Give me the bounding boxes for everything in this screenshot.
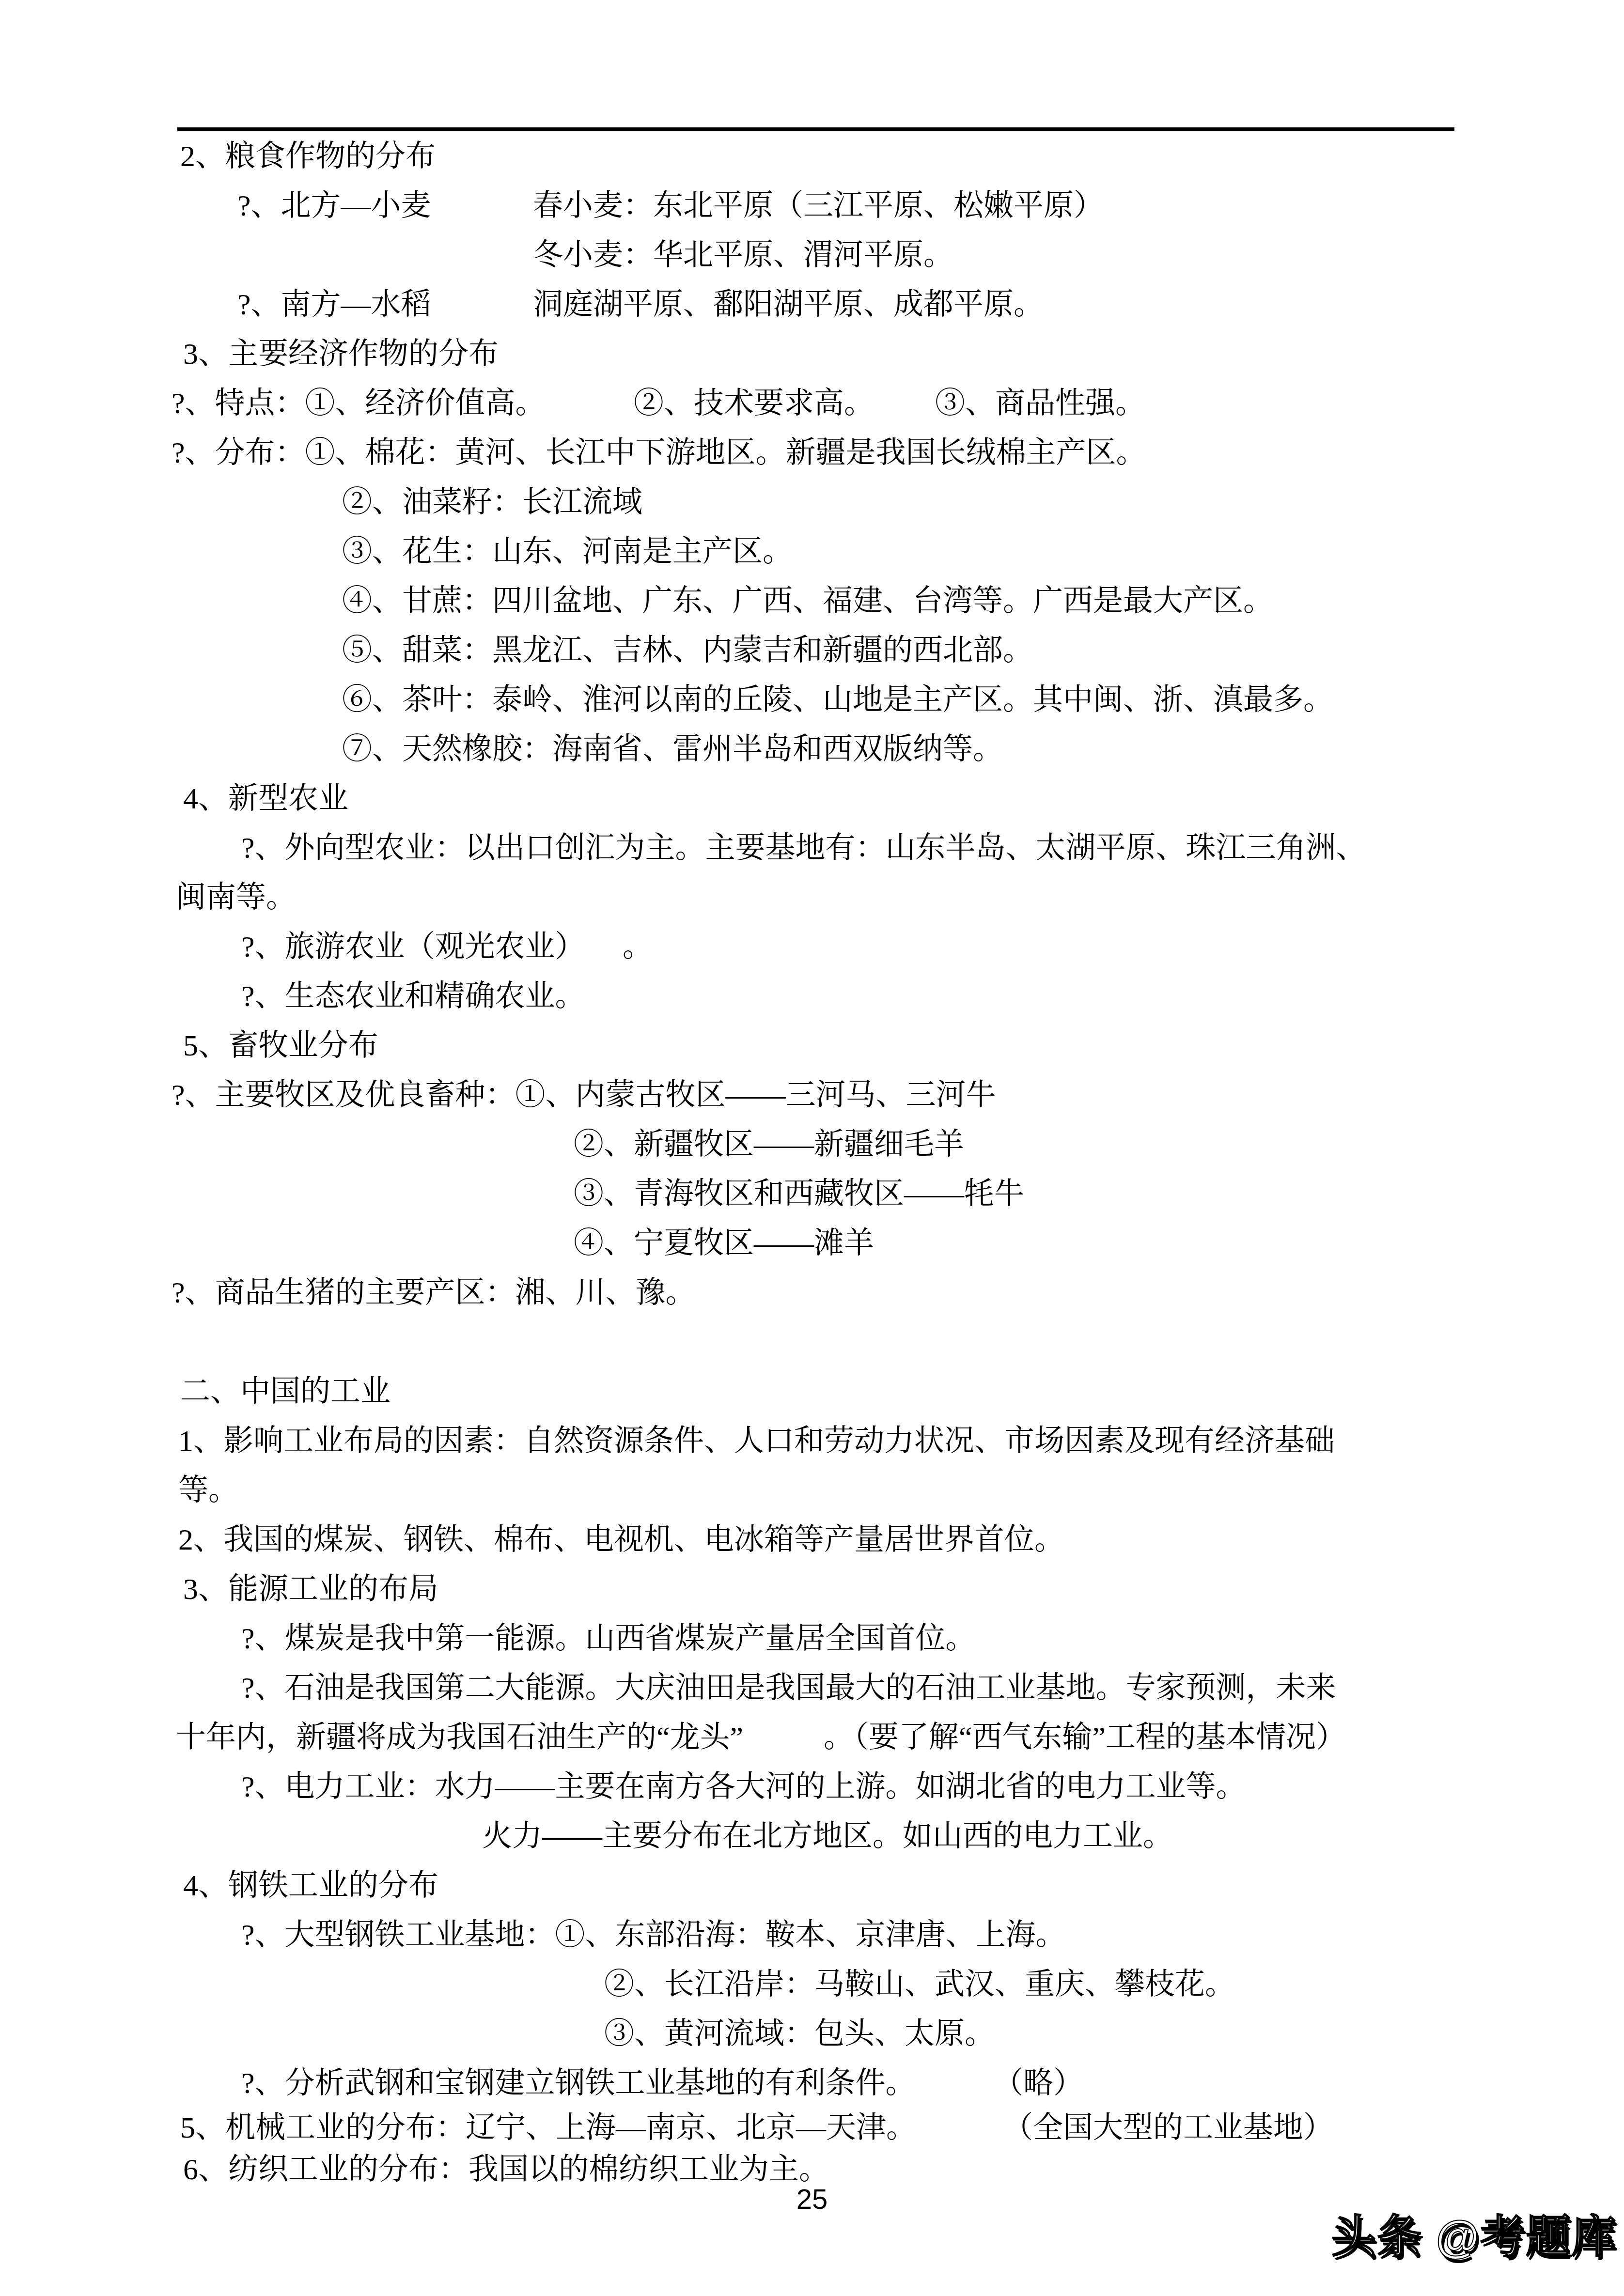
text-line-segment: ⑥、茶叶：泰岭、淮河以南的丘陵、山地是主产区。其中闽、浙、滇最多。 (342, 684, 1333, 716)
text-line-segment: （略） (993, 2067, 1083, 2099)
text-line-segment: ③、黄河流域：包头、太原。 (604, 2018, 995, 2050)
page-number: 25 (0, 2186, 1624, 2214)
text-line-segment: ?、旅游农业（观光农业） (241, 931, 585, 963)
text-line-segment: ④、甘蔗：四川盆地、广东、广西、福建、台湾等。广西是最大产区。 (342, 585, 1273, 617)
text-line-segment: 2、粮食作物的分布 (180, 140, 436, 172)
text-line-segment: ②、技术要求高。 (634, 388, 874, 419)
text-line-segment: ?、南方—水稻 (237, 289, 431, 321)
header-rule-line (177, 127, 1454, 131)
text-line-segment: ?、主要牧区及优良畜种：①、内蒙古牧区——三河马、三河牛 (172, 1079, 996, 1111)
text-line-segment: ⑤、甜菜：黑龙江、吉林、内蒙吉和新疆的西北部。 (342, 635, 1033, 667)
text-line-segment: 5、机械工业的分布：辽宁、上海—南京、北京—天津。 (180, 2112, 916, 2144)
text-line-segment: ?、外向型农业：以出口创汇为主。主要基地有：山东半岛、太湖平原、珠江三角洲、 (241, 832, 1366, 864)
text-line-segment: ?、电力工业：水力——主要在南方各大河的上游。如湖北省的电力工业等。 (241, 1771, 1246, 1803)
text-line-segment: 4、新型农业 (183, 783, 348, 815)
text-line-segment: 6、纺织工业的分布：我国以的棉纺织工业为主。 (183, 2154, 829, 2186)
text-line-segment: ?、石油是我国第二大能源。大庆油田是我国最大的石油工业基地。专家预测，未来 (241, 1672, 1336, 1704)
text-line-segment: 4、钢铁工业的分布 (183, 1870, 438, 1902)
text-line-segment: 1、影响工业布局的因素：自然资源条件、人口和劳动力状况、市场因素及现有经济基础 (178, 1425, 1335, 1457)
text-line-segment: 。（要了解“西气东输”工程的基本情况） (824, 1722, 1346, 1753)
text-line-segment: 春小麦：东北平原（三江平原、松嫩平原） (533, 190, 1104, 222)
text-line-segment: 5、畜牧业分布 (183, 1030, 378, 1062)
text-line-segment: ⑦、天然橡胶：海南省、雷州半岛和西双版纳等。 (342, 733, 1003, 765)
document-page: 2、粮食作物的分布?、北方—小麦春小麦：东北平原（三江平原、松嫩平原）冬小麦：华… (0, 0, 1624, 2296)
text-line-segment: ②、新疆牧区——新疆细毛羊 (574, 1129, 964, 1161)
text-line-segment: ③、青海牧区和西藏牧区——牦牛 (574, 1178, 1024, 1210)
text-line-segment: ②、长江沿岸：马鞍山、武汉、重庆、攀枝花。 (604, 1969, 1235, 2001)
text-line-segment: 2、我国的煤炭、钢铁、棉布、电视机、电冰箱等产量居世界首位。 (178, 1524, 1064, 1556)
text-line-segment: 冬小麦：华北平原、渭河平原。 (533, 239, 953, 271)
text-line-segment: ?、生态农业和精确农业。 (241, 980, 585, 1012)
text-line-segment: 火力——主要分布在北方地区。如山西的电力工业。 (482, 1820, 1173, 1852)
text-line-segment: ?、特点：①、经济价值高。 (172, 388, 546, 419)
text-line-segment: ④、宁夏牧区——滩羊 (574, 1227, 874, 1259)
text-line-segment: ②、油菜籽：长江流域 (342, 486, 642, 518)
text-line-segment: 3、主要经济作物的分布 (183, 338, 499, 370)
text-line-segment: ?、煤炭是我中第一能源。山西省煤炭产量居全国首位。 (241, 1623, 976, 1655)
text-line-segment: 等。 (178, 1474, 238, 1506)
text-line-segment: 二、中国的工业 (180, 1376, 390, 1408)
text-line-segment: 十年内，新疆将成为我国石油生产的“龙头” (176, 1722, 743, 1753)
text-line-segment: ?、分析武钢和宝钢建立钢铁工业基地的有利条件。 (241, 2067, 916, 2099)
text-line-segment: ?、商品生猪的主要产区：湘、川、豫。 (172, 1277, 696, 1309)
text-line-segment: 3、能源工业的布局 (183, 1573, 438, 1605)
watermark-toutiao: 头条 @考题库 (1331, 2213, 1617, 2261)
text-line-segment: 闽南等。 (176, 882, 296, 914)
text-line-segment: ?、大型钢铁工业基地：①、东部沿海：鞍本、京津唐、上海。 (241, 1919, 1066, 1951)
text-line-segment: （全国大型的工业基地） (1003, 2112, 1333, 2144)
text-line-segment: ③、商品性强。 (935, 388, 1145, 419)
text-line-segment: ③、花生：山东、河南是主产区。 (342, 536, 793, 568)
text-line-segment: ?、北方—小麦 (237, 190, 431, 222)
text-line-segment: 。 (623, 931, 653, 963)
text-line-segment: ?、分布：①、棉花：黄河、长江中下游地区。新疆是我国长绒棉主产区。 (172, 437, 1146, 469)
text-line-segment: 洞庭湖平原、鄱阳湖平原、成都平原。 (533, 289, 1044, 321)
